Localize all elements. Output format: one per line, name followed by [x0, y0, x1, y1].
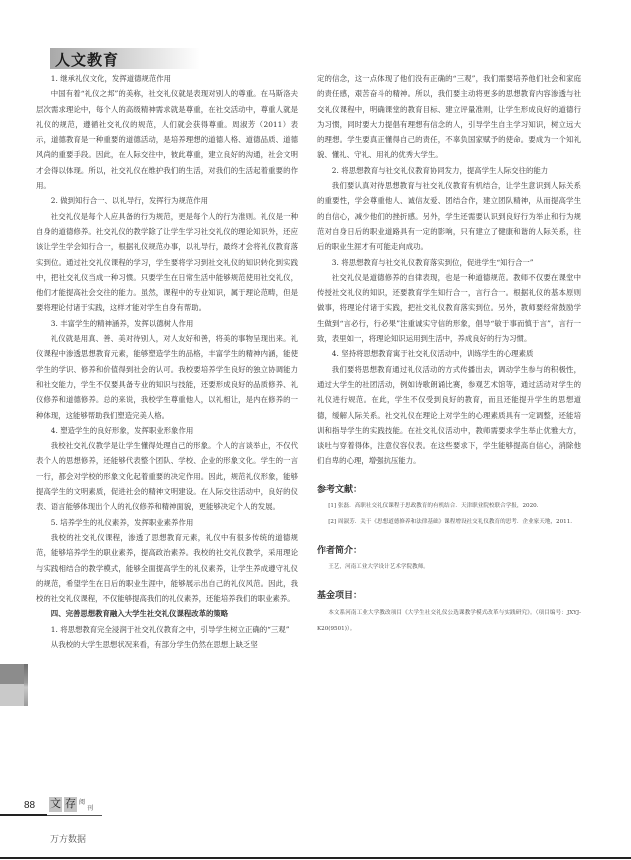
paragraph: 中国有着“礼仪之邦”的美称，社交礼仪就是表现对别人的尊重。在马斯洛夫层次需求理论…	[36, 86, 298, 193]
magazine-logo: 文 存 阅 刊	[49, 797, 93, 812]
bottom-rule	[0, 857, 631, 859]
heading: 1. 将思想教育完全浸润于社交礼仪教育之中，引导学生树立正确的“三观”	[36, 622, 298, 637]
edge-tab-light	[0, 684, 24, 706]
left-column: 1. 继承礼仪文化，发挥道德规范作用 中国有着“礼仪之邦”的美称，社交礼仪就是表…	[36, 71, 298, 652]
references: 参考文献： [1] 张磊．高职社交礼仪课程于思政教育的有机结合．天津职业院校联合…	[317, 483, 581, 530]
paragraph: 我们要将思想教育通过礼仪活动的方式传播出去，调动学生参与的积极性，通过大学生的社…	[317, 362, 581, 469]
logo-char: 文	[49, 797, 62, 812]
heading: 3. 丰富学生的精神涵养，发挥以德树人作用	[36, 316, 298, 331]
paragraph: 社交礼仪是每个人应具备的行为规范，更是每个人的行为准则。礼仪是一种自身的道德修养…	[36, 209, 298, 316]
section-banner: 人文教育	[50, 48, 200, 69]
reference-item: [1] 张磊．高职社交礼仪课程于思政教育的有机结合．天津职业院校联合学报，202…	[317, 498, 581, 514]
funding-title: 基金项目：	[317, 589, 581, 604]
logo-small: 阅	[79, 797, 85, 812]
funding-info: 基金项目： 本文系河南工业大学教改项目《大学生社交礼仪公选课教学模式改革与实践研…	[317, 589, 581, 636]
paragraph: 定的信念，这一点体现了他们没有正确的“三观”，我们需要培养他们社会和家庭的责任感…	[317, 71, 581, 163]
heading: 2. 将思想教育与社交礼仪教育协同发力，提高学生人际交往的能力	[317, 163, 581, 178]
heading: 4. 坚持将思想教育寓于社交礼仪活动中，训练学生的心理素质	[317, 346, 581, 361]
section-title: 人文教育	[55, 49, 119, 70]
page-edge-tab	[0, 664, 24, 706]
paragraph: 我校社交礼仪教学是让学生懂得处理自己的形象。个人的言谈举止，不仅代表个人的思想修…	[36, 438, 298, 514]
heading: 5. 培养学生的礼仪素养，发挥职业素养作用	[36, 515, 298, 530]
right-column: 定的信念，这一点体现了他们没有正确的“三观”，我们需要培养他们社会和家庭的责任感…	[317, 71, 581, 637]
heading: 3. 将思想教育与社交礼仪教育落实到位，促进学生“知行合一”	[317, 255, 581, 270]
edge-tab-dark	[0, 664, 24, 684]
footer-rule	[0, 814, 47, 816]
watermark: 万方数据	[50, 832, 86, 845]
paragraph: 从我校的大学生思想状况来看，有部分学生仍然在思想上缺乏坚	[36, 637, 298, 652]
reference-item: [2] 周淑芳．关于《思想道德修养和法律基础》课程增设社交礼仪教育的思考．企业家…	[317, 514, 581, 530]
logo-char: 存	[64, 797, 77, 812]
heading: 4. 塑造学生的良好形象，发挥职业形象作用	[36, 423, 298, 438]
heading: 1. 继承礼仪文化，发挥道德规范作用	[36, 71, 298, 86]
logo-small: 刊	[87, 803, 93, 812]
author-info: 作者简介： 王艺，河南工业大学设计艺术学院教师。	[317, 544, 581, 575]
heading: 2. 做到知行合一、以礼导行，发挥行为规范作用	[36, 193, 298, 208]
paragraph: 礼仪就是用真、善、美对待别人，对人友好和善，将美的事物呈现出来。礼仪课程中渗透思…	[36, 331, 298, 423]
section-heading: 四、完善思想教育融入大学生社交礼仪课程改革的策略	[36, 606, 298, 621]
references-title: 参考文献：	[317, 483, 581, 498]
paragraph: 我们要认真对待思想教育与社交礼仪教育有机结合，让学生意识到人际关系的重要性，学会…	[317, 178, 581, 254]
author-text: 王艺，河南工业大学设计艺术学院教师。	[317, 559, 581, 575]
footer-rule-thin	[47, 815, 102, 816]
edge-tab-strip	[24, 664, 28, 706]
paragraph: 我校的社交礼仪课程，渗透了思想教育元素，礼仪中有很多传统的道德规范，能够培养学生…	[36, 530, 298, 606]
page-number: 88	[24, 800, 35, 811]
funding-text: 本文系河南工业大学教改项目《大学生社交礼仪公选课教学模式改革与实践研究》。（项目…	[317, 605, 581, 637]
paragraph: 社交礼仪是道德修养的自律表现，也是一种道德规范。教师不仅要在课堂中传授社交礼仪的…	[317, 270, 581, 346]
author-title: 作者简介：	[317, 544, 581, 559]
